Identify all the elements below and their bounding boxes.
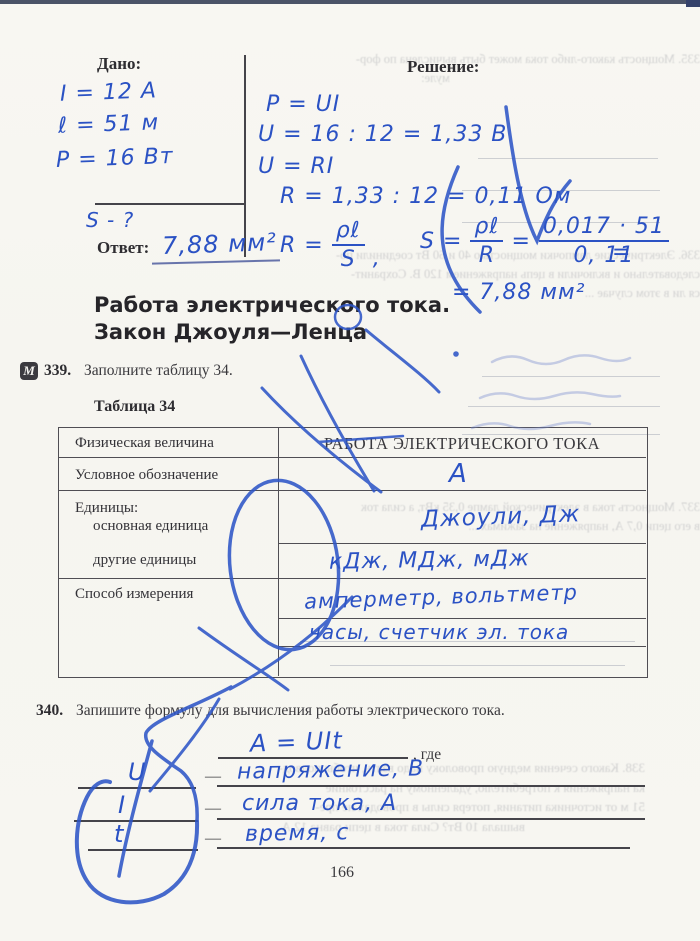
answer-label: Ответ: [97, 238, 149, 258]
solution-line: R = 1,33 : 12 = 0,11 Ом [280, 184, 571, 209]
table-answer: часы, счетчик эл. тока [309, 620, 569, 644]
table-answer: Джоули, Дж [421, 501, 581, 533]
solution-result: = 7,88 мм² [452, 280, 585, 305]
solution-line: U = 16 : 12 = 1,33 В [258, 122, 507, 147]
fraction-numerator: ρℓ [470, 214, 503, 242]
given-line: ℓ = 51 м [58, 110, 160, 139]
fraction-denominator: R [479, 242, 495, 268]
answer-underline [152, 259, 280, 264]
solution-line: U = RI [258, 154, 334, 179]
table-cell: Условное обозначение [75, 467, 218, 484]
ghost-line [482, 376, 660, 377]
fraction: 0,017 · 51 0, 11 [539, 214, 669, 268]
solution-line: P = UI [266, 92, 340, 117]
table-cell: Физическая величина [75, 435, 214, 452]
section-heading: Работа электрического тока. Закон Джоуля… [94, 292, 450, 346]
given-line: P = 16 Вт [56, 144, 174, 173]
table-cell: Способ измерения [75, 586, 193, 603]
solution-fraction: R = ρℓ S , [280, 218, 381, 272]
fraction: ρℓ R [470, 214, 503, 268]
definition-value: напряжение, В [237, 756, 425, 784]
formula-letter: t [114, 820, 124, 848]
blank-line [217, 847, 630, 849]
table-cell: основная единица [93, 518, 208, 535]
m-badge-icon: М [20, 362, 38, 380]
given-label: Дано: [97, 54, 141, 74]
table-caption: Таблица 34 [94, 398, 175, 416]
trailing-equals: = [612, 240, 631, 265]
given-separator-line [95, 203, 245, 205]
table-cell: Единицы: [75, 500, 138, 517]
find-value: S - ? [86, 208, 134, 232]
table-subrow-line [278, 618, 646, 619]
table-subrow-line [278, 646, 646, 647]
table-answer: А [449, 459, 468, 489]
fraction-lhs: S = [420, 229, 462, 254]
dash: — [205, 768, 221, 786]
task-text: Запишите формулу для вычисления работы э… [76, 702, 505, 720]
fraction-numerator: ρℓ [332, 218, 365, 246]
given-solution-divider [244, 55, 246, 257]
dash: — [205, 830, 221, 848]
fraction: ρℓ S [332, 218, 365, 272]
page-number: 166 [330, 864, 354, 882]
table-cell: другие единицы [93, 552, 196, 569]
solution-fraction: S = ρℓ R = 0,017 · 51 0, 11 [420, 214, 669, 268]
given-line: I = 12 A [60, 78, 158, 106]
table-answer: амперметр, вольтметр [304, 580, 579, 614]
table-column-divider [278, 428, 279, 676]
solution-label: Решение: [407, 57, 479, 77]
formula-answer: A = UIt [250, 726, 344, 757]
fraction-lhs: R = [280, 233, 324, 258]
table-answer: кДж, МДж, мДж [329, 546, 530, 575]
ghost-line [478, 158, 658, 159]
formula-letter: I [118, 791, 126, 819]
dash: — [205, 800, 221, 818]
table-row-line [59, 490, 646, 491]
workbook-page: 335. Мощность какого-либо тока может быт… [0, 0, 700, 941]
fraction-denominator: S [341, 246, 356, 272]
ghost-line [468, 406, 660, 407]
task-number: 340. [36, 702, 63, 720]
table-row-line [59, 457, 646, 458]
heading-line: Закон Джоуля—Ленца [94, 319, 450, 346]
answer-value: 7,88 мм² [162, 228, 278, 260]
table-34: Физическая величина РАБОТА ЭЛЕКТРИЧЕСКОГ… [58, 427, 648, 678]
blank-line [217, 785, 645, 787]
definition-value: сила тока, А [242, 791, 397, 816]
blank-line [88, 849, 198, 851]
table-subrow-line [278, 543, 646, 544]
table-cell: РАБОТА ЭЛЕКТРИЧЕСКОГО ТОКА [278, 434, 646, 454]
formula-letter: U [128, 758, 147, 786]
fraction-numerator: 0,017 · 51 [539, 214, 669, 242]
comma: , [373, 246, 381, 271]
blank-line [78, 787, 196, 789]
table-row-line [59, 578, 646, 579]
scan-edge-strip [0, 0, 700, 4]
task-text: Заполните таблицу 34. [84, 362, 233, 380]
definition-value: время, с [245, 820, 350, 847]
heading-line: Работа электрического тока. [94, 292, 450, 319]
blank-line [217, 818, 645, 820]
equals-sign: = [511, 229, 530, 254]
task-number: 339. [44, 362, 71, 380]
scan-edge-mark [686, 0, 700, 7]
blank-line [74, 820, 198, 822]
